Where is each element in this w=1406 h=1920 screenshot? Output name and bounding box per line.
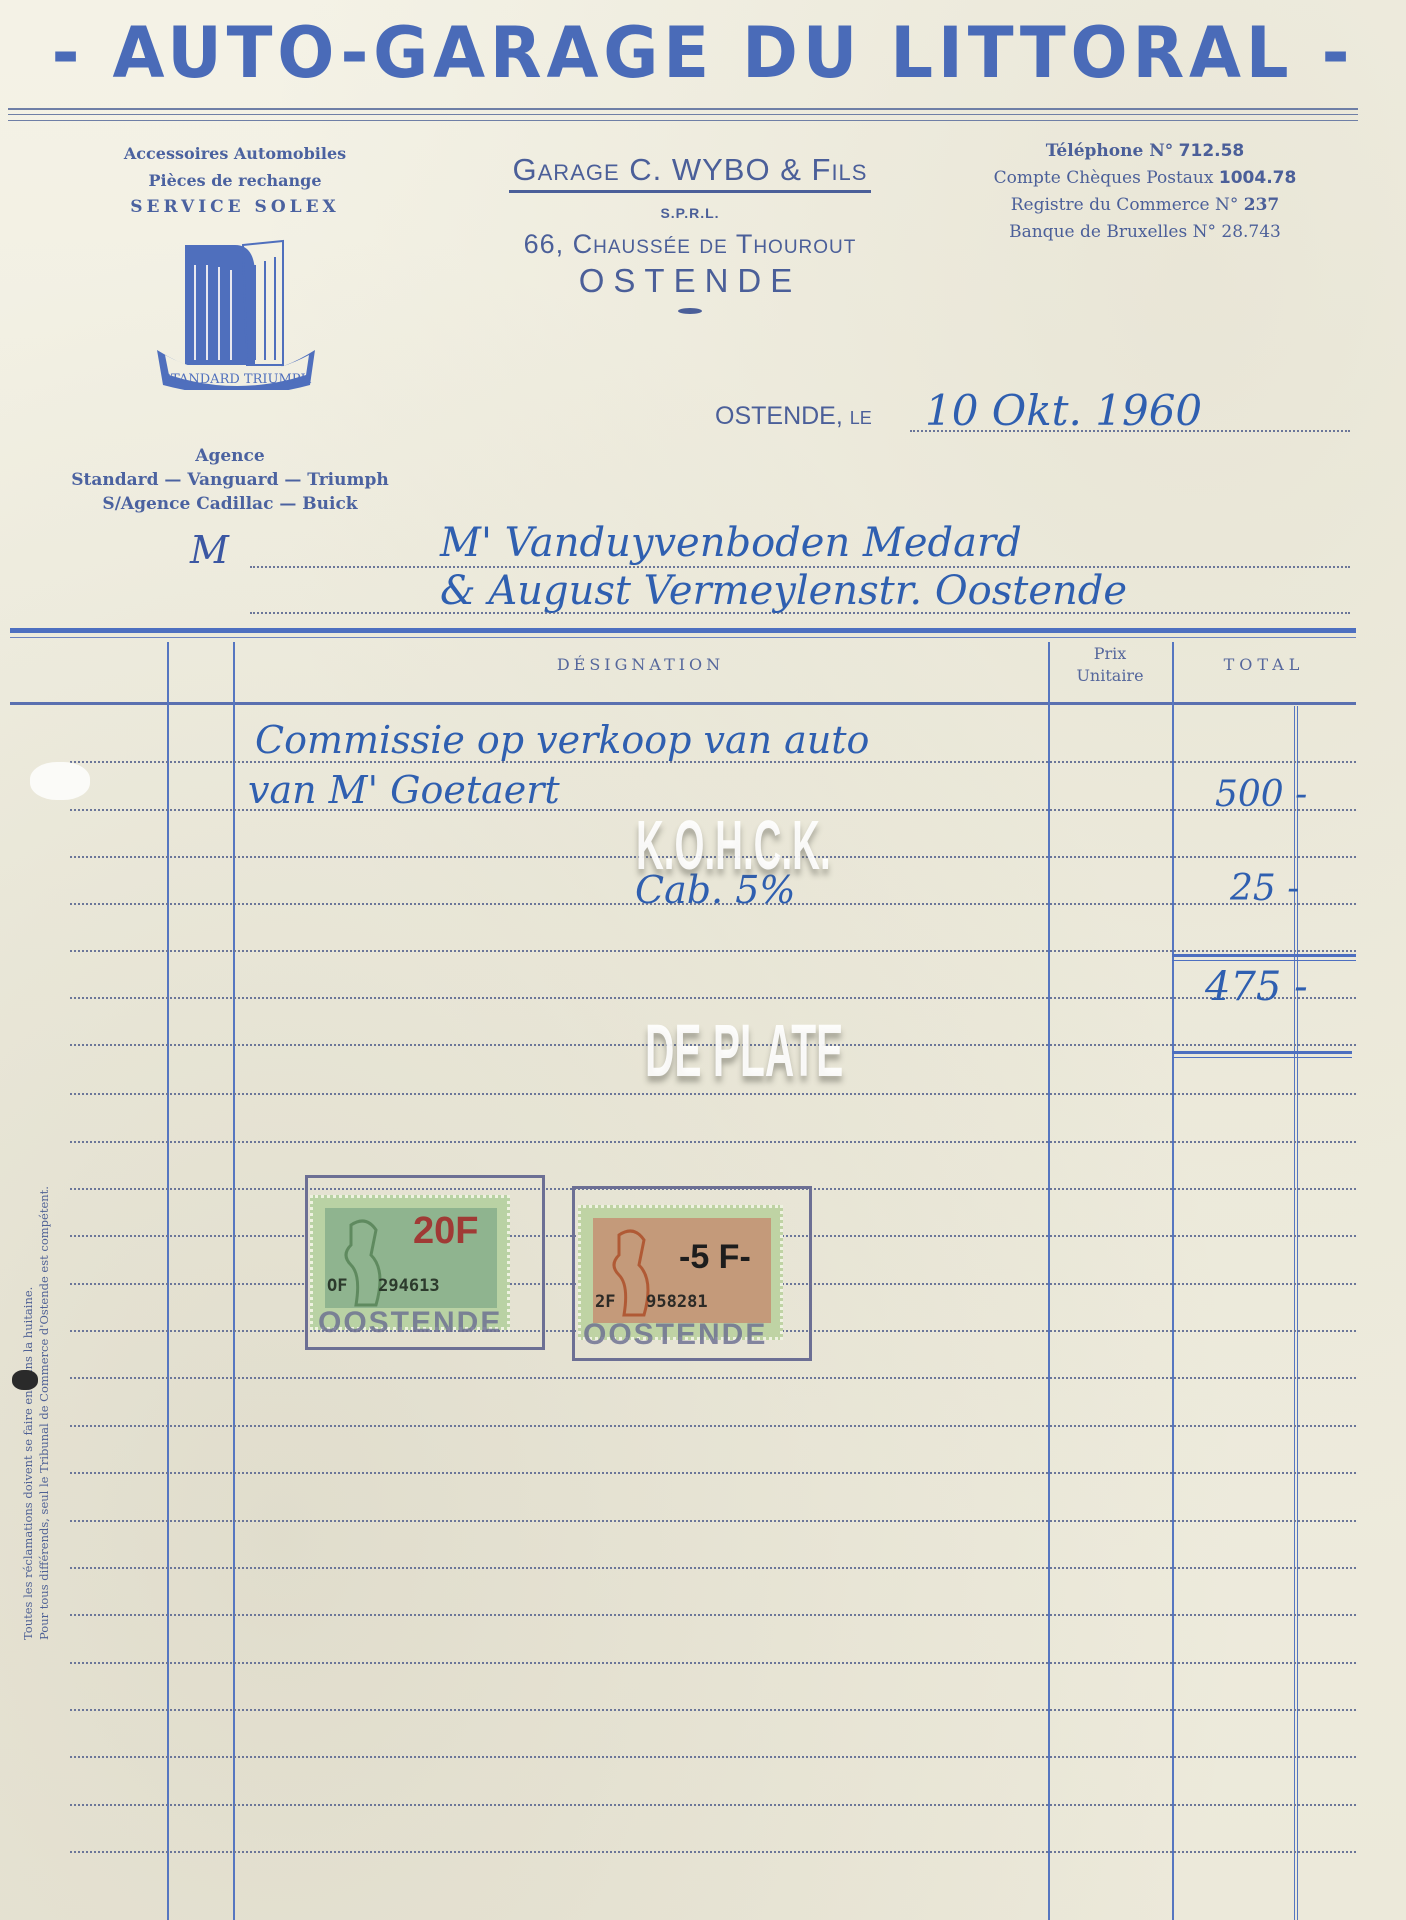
services-line: SERVICE SOLEX bbox=[70, 194, 400, 221]
agency-line: S/Agence Cadillac — Buick bbox=[20, 492, 440, 516]
register-number: 237 bbox=[1244, 195, 1280, 215]
stamp-serial: 2F 958281 bbox=[595, 1292, 708, 1312]
masthead-title: - AUTO-GARAGE DU LITTORAL - bbox=[28, 12, 1378, 94]
stamp-value: 20F bbox=[413, 1210, 478, 1253]
header-bottom-rule bbox=[10, 702, 1356, 705]
terms-line: Pour tous différends, seul le Tribunal d… bbox=[36, 1186, 52, 1640]
services-line: Accessoires Automobiles bbox=[70, 140, 400, 167]
standard-triumph-logo-icon: STANDARD TRIUMPH bbox=[155, 235, 320, 390]
header-unit-price: Prix Unitaire bbox=[1048, 643, 1172, 687]
row-total: 25 - bbox=[1230, 868, 1299, 909]
row-designation: Commissie op verkoop van auto bbox=[255, 718, 869, 762]
masthead-rule bbox=[8, 120, 1358, 121]
row-designation: van M' Goetaert bbox=[248, 768, 560, 812]
addressee-line-1: M' Vanduyvenboden Medard bbox=[440, 520, 1022, 566]
terms-line: Toutes les réclamations doivent se faire… bbox=[20, 1186, 36, 1640]
addressee-line-2: & August Vermeylenstr. Oostende bbox=[440, 568, 1127, 614]
header-unit-price-line: Unitaire bbox=[1048, 665, 1172, 687]
company-block: Garage C. WYBO & Fils S.P.R.L. 66, Chaus… bbox=[450, 152, 930, 314]
column-line bbox=[167, 642, 169, 1920]
column-line bbox=[1172, 642, 1174, 1920]
subtotal-rule bbox=[1172, 960, 1356, 961]
agency-line: Agence bbox=[20, 444, 440, 468]
phone-label: Téléphone N° bbox=[1046, 141, 1174, 161]
company-city: OSTENDE bbox=[450, 262, 930, 300]
punch-hole bbox=[12, 1370, 38, 1390]
row-total: 500 - bbox=[1215, 774, 1307, 815]
agency-block: Agence Standard — Vanguard — Triumph S/A… bbox=[20, 444, 440, 516]
stamp-serial: OF 294613 bbox=[327, 1276, 440, 1296]
header-unit-price-line: Prix bbox=[1048, 643, 1172, 665]
subtotal-rule bbox=[1172, 954, 1356, 957]
cancel-text: OOSTENDE bbox=[583, 1318, 767, 1352]
total-rule bbox=[1172, 1051, 1352, 1054]
services-line: Pièces de rechange bbox=[70, 167, 400, 194]
bank-number: 28.743 bbox=[1221, 222, 1280, 242]
total-rule bbox=[1172, 1057, 1352, 1058]
date-label: OSTENDE, LE bbox=[715, 402, 872, 431]
masthead-rule bbox=[8, 108, 1358, 110]
contact-block: Téléphone N° 712.58 Compte Chèques Posta… bbox=[960, 138, 1330, 246]
date-row: OSTENDE, LE 10 Okt. 1960 bbox=[715, 392, 1355, 432]
logo-text: STANDARD TRIUMPH bbox=[162, 372, 312, 387]
punch-hole bbox=[30, 762, 90, 800]
watermark-line-1: K.O.H.C.K. bbox=[636, 805, 831, 885]
terms-note: Toutes les réclamations doivent se faire… bbox=[20, 1186, 52, 1640]
legal-form: S.P.R.L. bbox=[450, 205, 930, 221]
table-top-rule bbox=[10, 637, 1356, 638]
agency-line: Standard — Vanguard — Triumph bbox=[20, 468, 440, 492]
column-line bbox=[233, 642, 235, 1920]
masthead-rule bbox=[8, 114, 1358, 115]
column-line bbox=[1048, 642, 1050, 1920]
company-name: Garage C. WYBO & Fils bbox=[509, 152, 872, 193]
date-handwritten: 10 Okt. 1960 bbox=[925, 386, 1202, 435]
header-total: TOTAL bbox=[1172, 655, 1356, 674]
cancel-text: OOSTENDE bbox=[318, 1306, 502, 1340]
postal-number: 1004.78 bbox=[1219, 168, 1296, 188]
stamp-value: -5 F- bbox=[679, 1238, 751, 1277]
ornament-icon bbox=[678, 308, 702, 314]
grand-total: 475 - bbox=[1205, 964, 1308, 1010]
invoice-paper: - AUTO-GARAGE DU LITTORAL - Accessoires … bbox=[0, 0, 1406, 1920]
addressee-prefix: M bbox=[190, 528, 229, 572]
date-le: LE bbox=[850, 408, 872, 428]
phone-number: 712.58 bbox=[1179, 141, 1245, 161]
watermark-line-2: DE PLATE bbox=[645, 1008, 843, 1093]
header-designation: DÉSIGNATION bbox=[233, 655, 1048, 674]
company-address: 66, Chaussée de Thourout bbox=[450, 229, 930, 260]
date-city: OSTENDE, bbox=[715, 402, 843, 430]
postal-label: Compte Chèques Postaux bbox=[994, 168, 1214, 188]
table-top-rule bbox=[10, 628, 1356, 633]
bank-label: Banque de Bruxelles N° bbox=[1009, 222, 1216, 242]
register-label: Registre du Commerce N° bbox=[1011, 195, 1239, 215]
services-block: Accessoires Automobiles Pièces de rechan… bbox=[70, 140, 400, 221]
